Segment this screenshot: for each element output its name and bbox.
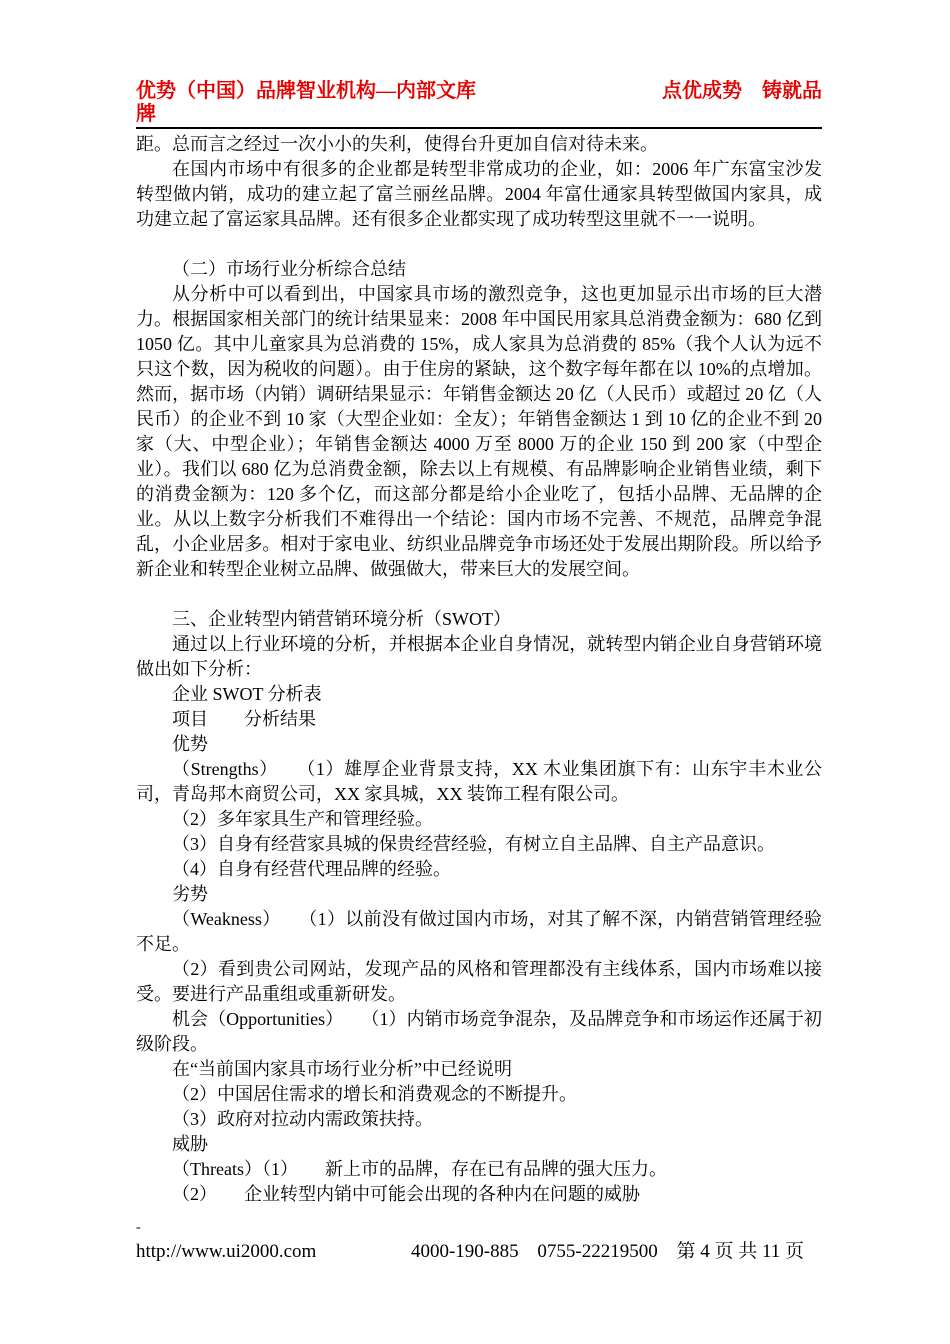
footer-dash: - <box>136 1222 822 1236</box>
header-slogan: 点优成势 铸就品 <box>662 80 822 103</box>
footer-right: 4000-190-885 0755-22219500 第 4 页 共 11 页 <box>411 1236 804 1263</box>
paragraph: （Threats）（1） 新上市的品牌，存在已有品牌的强大压力。 <box>136 1157 822 1182</box>
page-header: 优势（中国）品牌智业机构—内部文库 点优成势 铸就品 牌 <box>136 0 822 129</box>
paragraph: 机会（Opportunities） （1）内销市场竞争混杂，及品牌竞争和市场运作… <box>136 1007 822 1057</box>
document-page: 优势（中国）品牌智业机构—内部文库 点优成势 铸就品 牌 距。总而言之经过一次小… <box>0 0 950 1344</box>
page-footer: - http://www.ui2000.com 4000-190-885 075… <box>136 1222 822 1263</box>
paragraph: 优势 <box>136 732 822 757</box>
paragraph: 在国内市场中有很多的企业都是转型非常成功的企业，如：2006 年广东富宝沙发转型… <box>136 157 822 232</box>
paragraph: （二）市场行业分析综合总结 <box>136 257 822 282</box>
paragraph: （3）政府对拉动内需政策扶持。 <box>136 1107 822 1132</box>
footer-phone-hotline: 4000-190-885 <box>411 1241 519 1262</box>
paragraph: 从分析中可以看到出，中国家具市场的激烈竞争，这也更加显示出市场的巨大潜力。根据国… <box>136 282 822 582</box>
paragraph: （Weakness） （1）以前没有做过国内市场，对其了解不深，内销营销管理经验… <box>136 907 822 957</box>
paragraph: （2）中国居住需求的增长和消费观念的不断提升。 <box>136 1082 822 1107</box>
paragraph: （2） 企业转型内销中可能会出现的各种内在问题的威胁 <box>136 1182 822 1207</box>
paragraph: 企业 SWOT 分析表 <box>136 682 822 707</box>
paragraph: 距。总而言之经过一次小小的失利，使得台升更加自信对待未来。 <box>136 132 822 157</box>
footer-url[interactable]: http://www.ui2000.com <box>136 1241 316 1263</box>
paragraph: 项目 分析结果 <box>136 707 822 732</box>
footer-phone-local: 0755-22219500 <box>537 1241 657 1262</box>
paragraph: （Strengths） （1）雄厚企业背景支持，XX 木业集团旗下有：山东宇丰木… <box>136 757 822 807</box>
blank-line <box>136 582 822 607</box>
header-slogan-wrap: 牌 <box>136 103 156 125</box>
paragraph: （2）多年家具生产和管理经验。 <box>136 807 822 832</box>
document-body: 距。总而言之经过一次小小的失利，使得台升更加自信对待未来。在国内市场中有很多的企… <box>136 129 822 1207</box>
paragraph: 三、企业转型内销营销环境分析（SWOT） <box>136 607 822 632</box>
footer-page-number: 第 4 页 共 11 页 <box>676 1241 804 1262</box>
paragraph: （2）看到贵公司网站，发现产品的风格和管理都没有主线体系，国内市场难以接受。要进… <box>136 957 822 1007</box>
paragraph: 通过以上行业环境的分析，并根据本企业自身情况，就转型内销企业自身营销环境做出如下… <box>136 632 822 682</box>
paragraph: （3）自身有经营家具城的保贵经营经验，有树立自主品牌、自主产品意识。 <box>136 832 822 857</box>
paragraph: （4）自身有经营代理品牌的经验。 <box>136 857 822 882</box>
paragraph: 劣势 <box>136 882 822 907</box>
blank-line <box>136 232 822 257</box>
header-title: 优势（中国）品牌智业机构—内部文库 <box>136 80 476 103</box>
paragraph: 威胁 <box>136 1132 822 1157</box>
paragraph: 在“当前国内家具市场行业分析”中已经说明 <box>136 1057 822 1082</box>
